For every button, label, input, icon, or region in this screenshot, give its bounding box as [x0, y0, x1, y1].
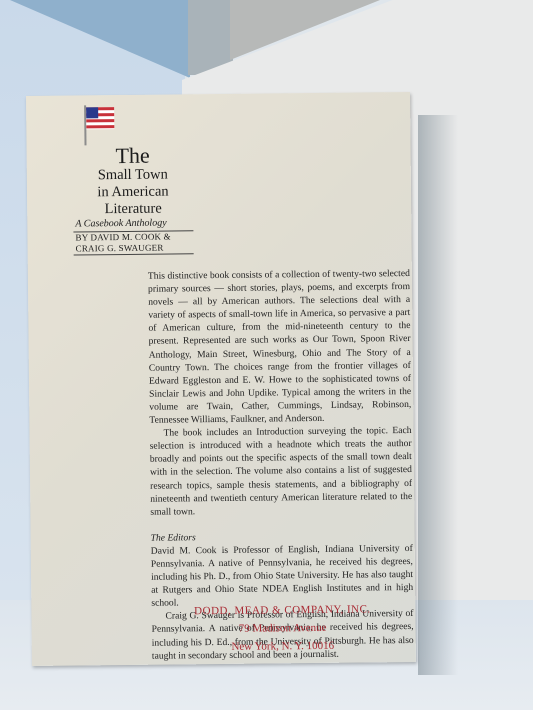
book-shadow — [418, 115, 458, 675]
book-back-cover: The Small Town in American Literature A … — [26, 92, 416, 666]
title-line: Literature — [73, 200, 193, 218]
publisher-city: New York, N. Y. 10016 — [152, 636, 414, 657]
title-block: The Small Town in American Literature A … — [73, 144, 194, 255]
author-line: CRAIG G. SWAUGER — [76, 242, 194, 254]
american-flag-icon — [84, 105, 116, 133]
subtitle: A Casebook Anthology — [73, 217, 193, 230]
authors: BY DAVID M. COOK & CRAIG G. SWAUGER — [73, 230, 193, 255]
title-line: Small Town — [73, 166, 193, 184]
description-paragraph: The book includes an Introduction survey… — [149, 424, 412, 518]
title-line: The — [73, 144, 193, 167]
description-paragraph: This distinctive book consists of a coll… — [148, 267, 412, 427]
title-line: in American — [73, 183, 193, 201]
publisher-block: DODD, MEAD & COMPANY, INC. 79 Madison Av… — [151, 600, 414, 657]
